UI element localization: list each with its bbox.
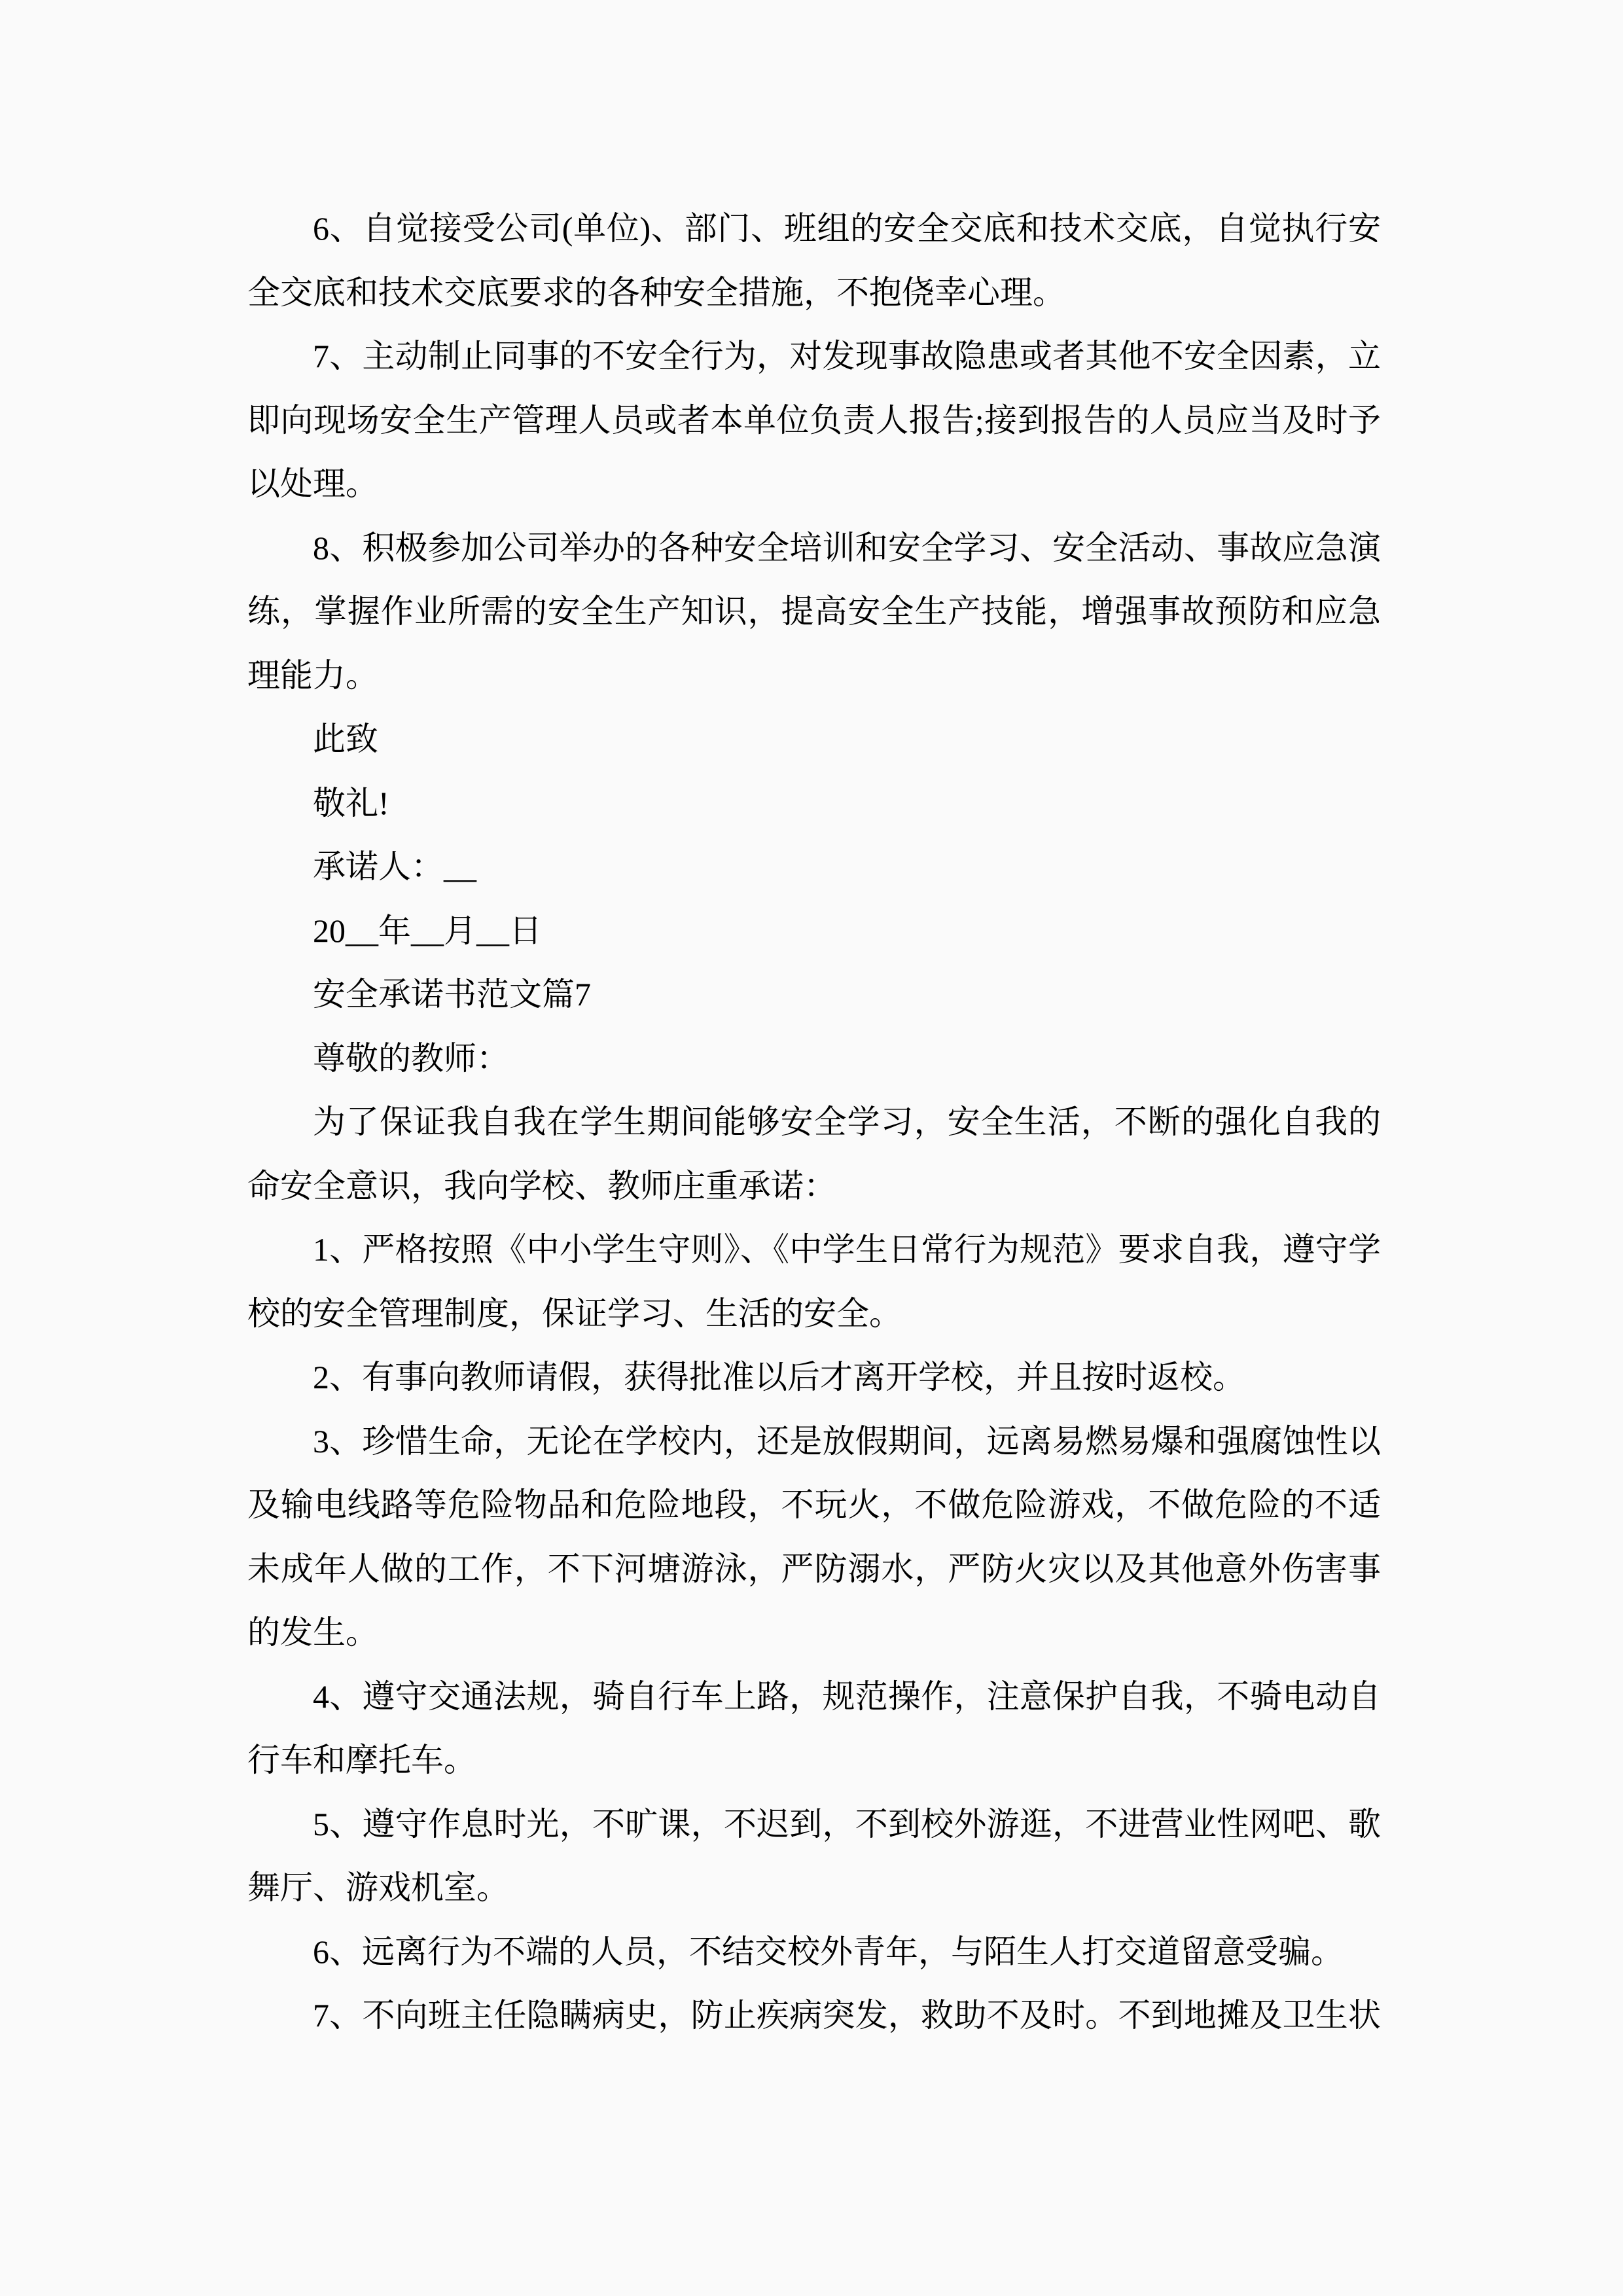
text-line: 全交底和技术交底要求的各种安全措施，不抱侥幸心理。	[247, 261, 1381, 325]
text-line: 5、遵守作息时光，不旷课，不迟到，不到校外游逛，不进营业性网吧、歌	[247, 1793, 1381, 1857]
text-line: 练，掌握作业所需的安全生产知识，提高安全生产技能，增强事故预防和应急处	[247, 580, 1381, 644]
text-line: 安全承诺书范文篇7	[247, 963, 1381, 1027]
text-line: 7、主动制止同事的不安全行为，对发现事故隐患或者其他不安全因素，立	[247, 325, 1381, 389]
text-line: 命安全意识，我向学校、教师庄重承诺：	[247, 1155, 1381, 1219]
text-line: 1、严格按照《中小学生守则》、《中学生日常行为规范》要求自我，遵守学	[247, 1218, 1381, 1282]
document-page: { "page": { "background": "#fafafa", "te…	[0, 0, 1623, 2296]
page: 6、自觉接受公司(单位)、部门、班组的安全交底和技术交底，自觉执行安全交底和技术…	[0, 0, 1623, 2296]
text-line: 敬礼!	[247, 772, 1381, 836]
text-line: 行车和摩托车。	[247, 1729, 1381, 1793]
text-line: 未成年人做的工作，不下河塘游泳，严防溺水，严防火灾以及其他意外伤害事故	[247, 1537, 1381, 1602]
text-line: 4、遵守交通法规，骑自行车上路，规范操作，注意保护自我，不骑电动自	[247, 1665, 1381, 1729]
text-line: 8、积极参加公司举办的各种安全培训和安全学习、安全活动、事故应急演	[247, 516, 1381, 581]
text-line: 校的安全管理制度，保证学习、生活的安全。	[247, 1282, 1381, 1346]
text-line: 2、有事向教师请假，获得批准以后才离开学校，并且按时返校。	[247, 1346, 1381, 1410]
text-line: 理能力。	[247, 644, 1381, 708]
text-line: 此致	[247, 708, 1381, 772]
text-line: 以处理。	[247, 452, 1381, 516]
text-line: 承诺人：__	[247, 835, 1381, 899]
text-line: 20__年__月__日	[247, 899, 1381, 963]
text-line: 3、珍惜生命，无论在学校内，还是放假期间，远离易燃易爆和强腐蚀性以	[247, 1410, 1381, 1474]
text-line: 即向现场安全生产管理人员或者本单位负责人报告;接到报告的人员应当及时予	[247, 389, 1381, 453]
text-line: 尊敬的教师：	[247, 1027, 1381, 1091]
text-line: 及输电线路等危险物品和危险地段，不玩火，不做危险游戏，不做危险的不适合	[247, 1473, 1381, 1537]
text-line: 7、不向班主任隐瞒病史，防止疾病突发，救助不及时。不到地摊及卫生状	[247, 1984, 1381, 2048]
text-line: 的发生。	[247, 1601, 1381, 1665]
text-line: 6、自觉接受公司(单位)、部门、班组的安全交底和技术交底，自觉执行安	[247, 197, 1381, 261]
text-line: 为了保证我自我在学生期间能够安全学习，安全生活，不断的强化自我的生	[247, 1090, 1381, 1155]
document-text-block: 6、自觉接受公司(单位)、部门、班组的安全交底和技术交底，自觉执行安全交底和技术…	[247, 197, 1381, 2048]
text-line: 6、远离行为不端的人员，不结交校外青年，与陌生人打交道留意受骗。	[247, 1920, 1381, 1984]
text-line: 舞厅、游戏机室。	[247, 1856, 1381, 1920]
